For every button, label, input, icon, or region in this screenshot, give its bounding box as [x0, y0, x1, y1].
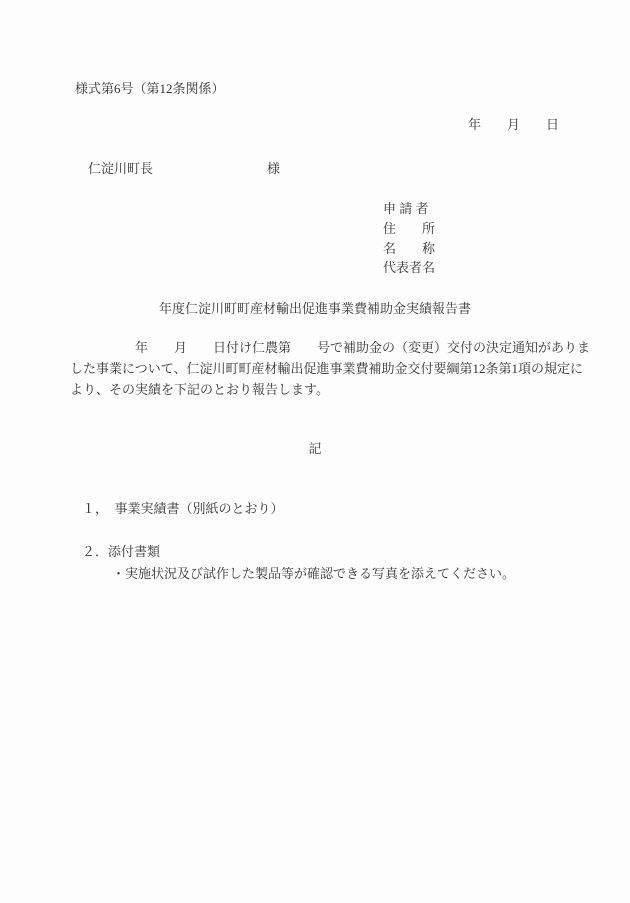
- list-item-1: １， 事業実績書（別紙のとおり）: [82, 500, 284, 517]
- body-paragraph: 年 月 日付け仁農第 号で補助金の（変更）交付の決定通知がありま した事業につい…: [70, 337, 565, 400]
- applicant-representative-label: 代表者名: [383, 259, 435, 276]
- addressee-name: 仁淀川町長: [88, 160, 153, 177]
- date-line: 年 月 日: [468, 116, 559, 133]
- body-line-2: した事業について、仁淀川町町産材輸出促進事業費補助金交付要綱第12条第1項の規定…: [70, 358, 565, 379]
- form-number: 様式第6号（第12条関係）: [75, 80, 225, 97]
- applicant-label: 申 請 者: [383, 200, 429, 217]
- list-item-2: ２．添付書類: [82, 543, 160, 560]
- attachment-note: ・実施状況及び試作した製品等が確認できる写真を添えてください。: [112, 565, 515, 582]
- body-line-1: 年 月 日付け仁農第 号で補助金の（変更）交付の決定通知がありま: [70, 337, 565, 358]
- record-marker: 記: [0, 440, 630, 457]
- applicant-name-label: 名 称: [383, 240, 435, 257]
- document-title: 年度仁淀川町町産材輸出促進事業費補助金実績報告書: [0, 300, 630, 317]
- document-page: 様式第6号（第12条関係） 年 月 日 仁淀川町長 様 申 請 者 住 所 名 …: [0, 0, 630, 903]
- applicant-address-label: 住 所: [383, 220, 435, 237]
- addressee-honorific: 様: [267, 160, 280, 177]
- body-line-3: より、その実績を下記のとおり報告します。: [70, 379, 565, 400]
